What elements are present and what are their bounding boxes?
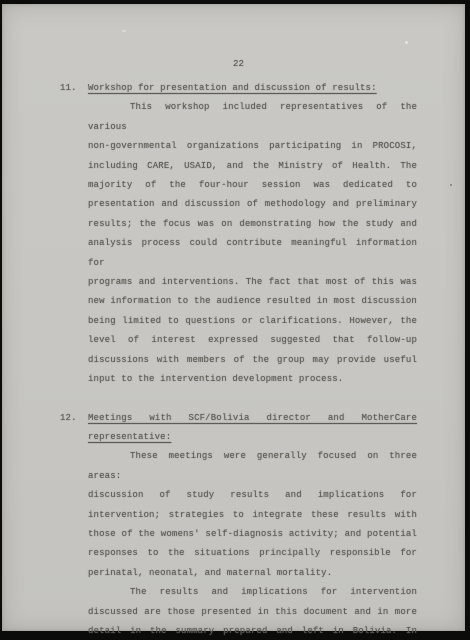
page-number: 22 (60, 58, 417, 70)
scan-speckle (405, 41, 408, 44)
scan-speckle (450, 184, 452, 186)
text-line: discussions with members of the group ma… (88, 351, 417, 370)
text-line: responses to the situations principally … (88, 544, 417, 563)
section-12-body: Meetings with SCF/Bolivia director and M… (88, 409, 417, 640)
text-line: programs and interventions. The fact tha… (88, 273, 417, 292)
text-line: input to the intervention development pr… (88, 370, 417, 389)
section-12-number: 12. (60, 409, 88, 640)
text-line: detail in the summary prepared and left … (88, 622, 417, 640)
section-11: 11. Workshop for presentation and discus… (60, 79, 417, 390)
section-11-body: Workshop for presentation and discussion… (88, 79, 417, 390)
text-line: level of interest expressed suggested th… (88, 331, 417, 350)
section-11-heading: Workshop for presentation and discussion… (88, 79, 417, 98)
text-line: The results and implications for interve… (88, 583, 417, 602)
scanned-document-frame: 22 11. Workshop for presentation and dis… (0, 0, 470, 640)
text-line: perinatal, neonatal, and maternal mortal… (88, 564, 417, 583)
text-line: presentation and discussion of methodolo… (88, 195, 417, 214)
text-line: new information to the audience resulted… (88, 292, 417, 311)
text-line: intervention; strategies to integrate th… (88, 506, 417, 525)
text-line: results; the focus was on demonstrating … (88, 215, 417, 234)
text-line: non-governmental organizations participa… (88, 137, 417, 156)
text-line: discussed are those presented in this do… (88, 603, 417, 622)
text-line: These meetings were generally focused on… (88, 447, 417, 486)
section-12-heading-line-1: Meetings with SCF/Bolivia director and M… (88, 409, 417, 428)
section-11-number: 11. (60, 79, 88, 390)
text-line: being limited to questions or clarificat… (88, 312, 417, 331)
text-line: analysis process could contribute meanin… (88, 234, 417, 273)
text-line: This workshop included representatives o… (88, 98, 417, 137)
text-line: those of the womens' self-diagnosis acti… (88, 525, 417, 544)
section-12-heading-line-2: representative: (88, 428, 417, 447)
text-line: including CARE, USAID, and the Ministry … (88, 157, 417, 176)
text-line: majority of the four-hour session was de… (88, 176, 417, 195)
text-line: discussion of study results and implicat… (88, 486, 417, 505)
section-12: 12. Meetings with SCF/Bolivia director a… (60, 409, 417, 640)
scanned-page: 22 11. Workshop for presentation and dis… (2, 4, 465, 631)
scan-speckle (122, 30, 126, 32)
